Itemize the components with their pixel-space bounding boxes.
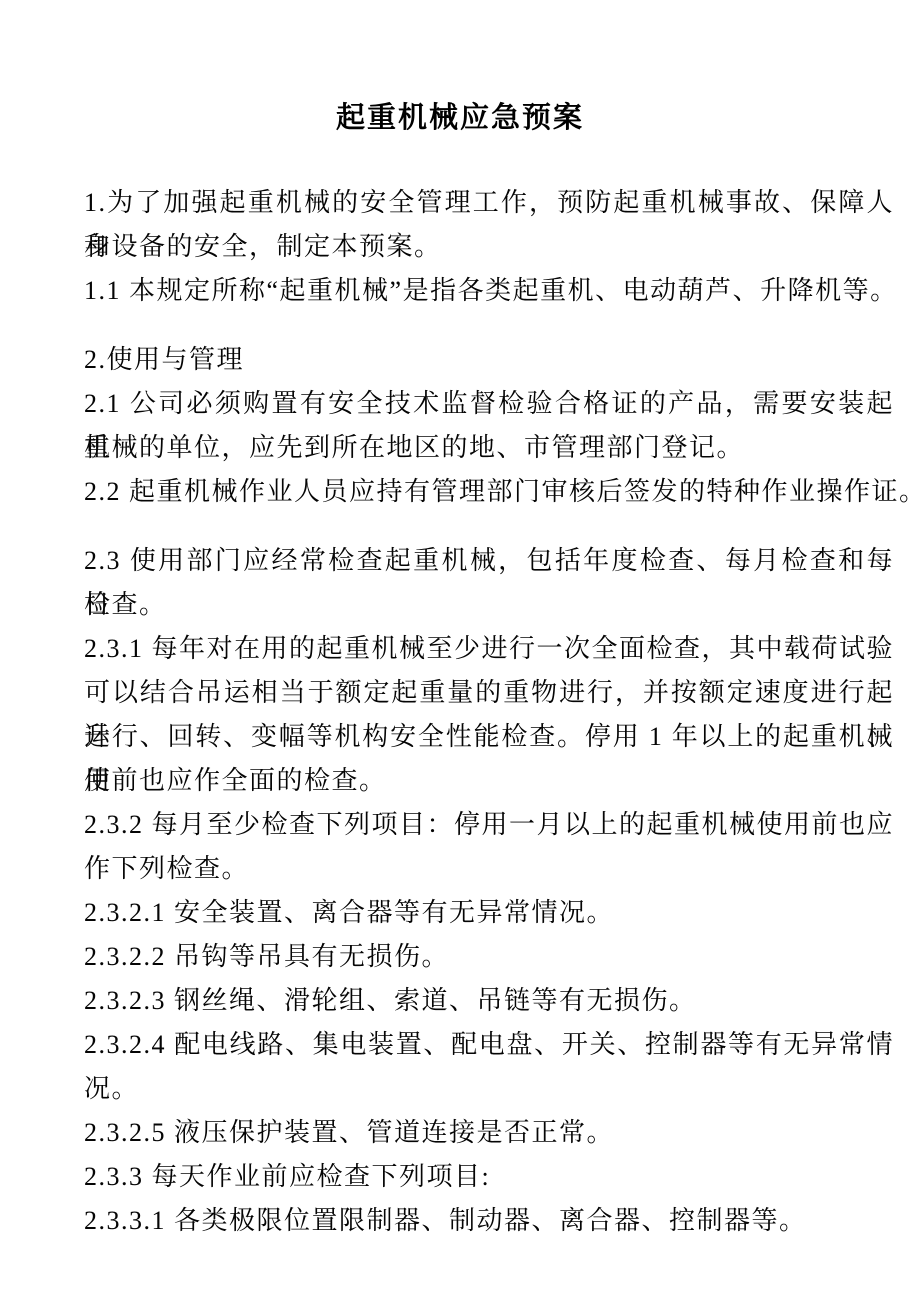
text-line: 作下列检查。 <box>84 847 894 891</box>
text-line: 2.1 公司必须购置有安全技术监督检验合格证的产品，需要安装起重 <box>84 382 894 426</box>
text-line: 2.3.2.4 配电线路、集电装置、配电盘、开关、控制器等有无异常情 <box>84 1023 894 1067</box>
text-line: 机械的单位，应先到所在地区的地、市管理部门登记。 <box>84 426 894 470</box>
text-line: 运行、回转、变幅等机构安全性能检查。停用 1 年以上的起重机械使 <box>84 715 894 759</box>
document-body: 1.为了加强起重机械的安全管理工作，预防起重机械事故、保障人身和设备的安全，制定… <box>84 181 894 1243</box>
text-line: 2.3.2.5 液压保护装置、管道连接是否正常。 <box>84 1111 894 1155</box>
document-title: 起重机械应急预案 <box>0 95 920 136</box>
paragraph: 2.3.2.1 安全装置、离合器等有无异常情况。 <box>84 891 894 935</box>
text-line: 和设备的安全，制定本预案。 <box>84 225 894 269</box>
paragraph: 2.3.2 每月至少检查下列项目：停用一月以上的起重机械使用前也应作下列检查。 <box>84 803 894 891</box>
text-line: 2.3.2 每月至少检查下列项目：停用一月以上的起重机械使用前也应 <box>84 803 894 847</box>
paragraph: 2.3.1 每年对在用的起重机械至少进行一次全面检查，其中载荷试验可以结合吊运相… <box>84 627 894 803</box>
text-line: 2.3 使用部门应经常检查起重机械，包括年度检查、每月检查和每日 <box>84 539 894 583</box>
text-line: 2.3.3 每天作业前应检查下列项目: <box>84 1155 894 1199</box>
text-line: 检查。 <box>84 583 894 627</box>
text-line: 2.3.2.3 钢丝绳、滑轮组、索道、吊链等有无损伤。 <box>84 979 894 1023</box>
paragraph: 2.3.2.4 配电线路、集电装置、配电盘、开关、控制器等有无异常情况。 <box>84 1023 894 1111</box>
text-line: 1.为了加强起重机械的安全管理工作，预防起重机械事故、保障人身 <box>84 181 894 225</box>
text-line: 2.3.1 每年对在用的起重机械至少进行一次全面检查，其中载荷试验 <box>84 627 894 671</box>
text-line: 可以结合吊运相当于额定起重量的重物进行，并按额定速度进行起升、 <box>84 671 894 715</box>
paragraph: 2.3.3.1 各类极限位置限制器、制动器、离合器、控制器等。 <box>84 1199 894 1243</box>
paragraph: 1.为了加强起重机械的安全管理工作，预防起重机械事故、保障人身和设备的安全，制定… <box>84 181 894 269</box>
text-line: 用前也应作全面的检查。 <box>84 759 894 803</box>
paragraph: 2.使用与管理 <box>84 338 894 382</box>
paragraph: 2.1 公司必须购置有安全技术监督检验合格证的产品，需要安装起重机械的单位，应先… <box>84 382 894 470</box>
text-line: 1.1 本规定所称“起重机械”是指各类起重机、电动葫芦、升降机等。 <box>84 269 894 313</box>
text-line: 2.3.3.1 各类极限位置限制器、制动器、离合器、控制器等。 <box>84 1199 894 1243</box>
paragraph: 2.2 起重机械作业人员应持有管理部门审核后签发的特种作业操作证。 <box>84 470 894 514</box>
text-line: 况。 <box>84 1067 894 1111</box>
paragraph: 2.3.3 每天作业前应检查下列项目: <box>84 1155 894 1199</box>
paragraph: 1.1 本规定所称“起重机械”是指各类起重机、电动葫芦、升降机等。 <box>84 269 894 313</box>
text-line: 2.3.2.1 安全装置、离合器等有无异常情况。 <box>84 891 894 935</box>
paragraph: 2.3.2.5 液压保护装置、管道连接是否正常。 <box>84 1111 894 1155</box>
text-line: 2.使用与管理 <box>84 338 894 382</box>
document-page: 起重机械应急预案 1.为了加强起重机械的安全管理工作，预防起重机械事故、保障人身… <box>0 0 920 1302</box>
paragraph: 2.3.2.2 吊钩等吊具有无损伤。 <box>84 935 894 979</box>
paragraph: 2.3.2.3 钢丝绳、滑轮组、索道、吊链等有无损伤。 <box>84 979 894 1023</box>
text-line: 2.3.2.2 吊钩等吊具有无损伤。 <box>84 935 894 979</box>
text-line: 2.2 起重机械作业人员应持有管理部门审核后签发的特种作业操作证。 <box>84 470 894 514</box>
paragraph: 2.3 使用部门应经常检查起重机械，包括年度检查、每月检查和每日检查。 <box>84 539 894 627</box>
